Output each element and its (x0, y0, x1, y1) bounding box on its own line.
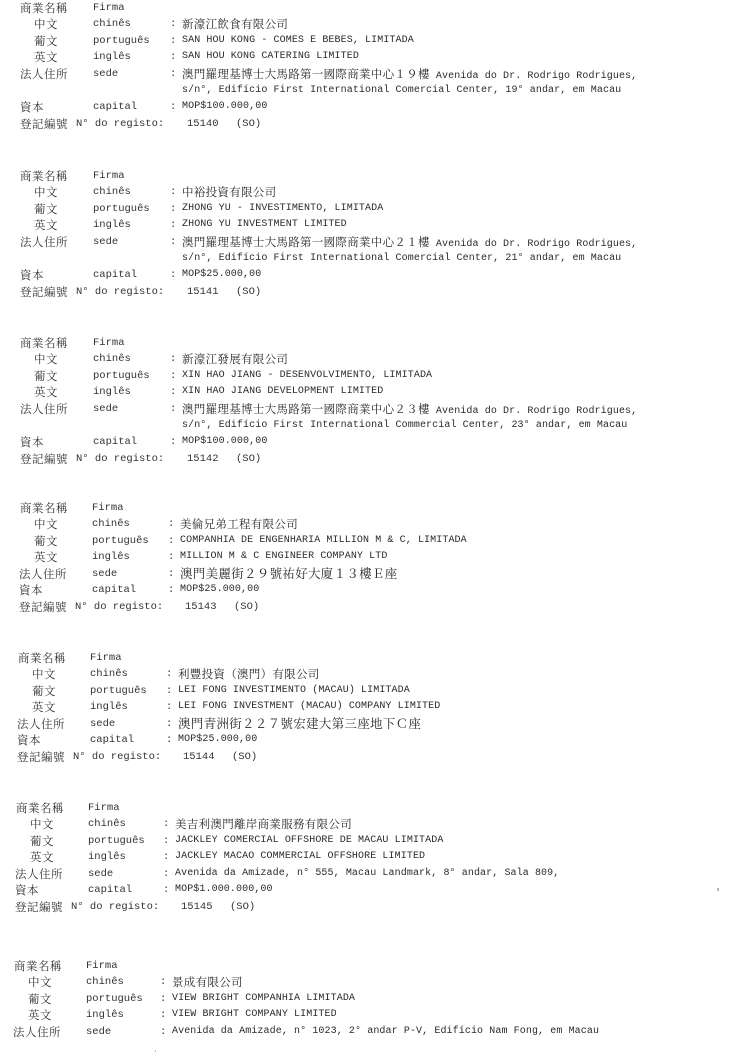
portuguese-name: SAN HOU KONG - COMES E BEBES, LIMITADA (182, 33, 414, 49)
colon: : (170, 351, 176, 367)
registry-number: 15141 (187, 284, 219, 300)
registry-label-zh: 登記編號 (20, 284, 68, 300)
firm-label-zh: 商業名稱 (14, 958, 62, 974)
english-label-zh: 英文 (34, 217, 58, 233)
chinese-label-zh: 中文 (34, 184, 58, 200)
firm-label-pt: Firma (88, 800, 120, 816)
chinese-label-zh: 中文 (30, 816, 54, 832)
chinese-name: 景成有限公司 (172, 974, 243, 990)
registry-label-zh: 登記編號 (17, 749, 65, 765)
colon: : (170, 66, 176, 82)
chinese-label-pt: chinês (86, 974, 124, 990)
capital-label-pt: capital (92, 582, 136, 598)
chinese-label-pt: chinês (90, 666, 128, 682)
seat-address-zh: 澳門羅理基博士大馬路第一國際商業中心２１樓 (182, 235, 430, 249)
portuguese-name: COMPANHIA DE ENGENHARIA MILLION M & C, L… (180, 533, 467, 549)
seat-address-line1: Avenida da Amizade, n° 555, Macau Landma… (175, 866, 559, 882)
seat-address-zh: 澳門羅理基博士大馬路第一國際商業中心１９樓 (182, 67, 430, 81)
seat-address-zh: 澳門青洲街２２７號宏建大第三座地下Ｃ座 (178, 716, 421, 732)
portuguese-name: ZHONG YU - INVESTIMENTO, LIMITADA (182, 201, 383, 217)
colon: : (170, 384, 176, 400)
seat-label-zh: 法人住所 (15, 866, 63, 882)
seat-address-line1: Avenida da Amizade, n° 1023, 2° andar P-… (172, 1024, 599, 1040)
registry-suffix: (SO) (234, 599, 259, 615)
scan-speck (155, 1050, 156, 1052)
capital-label-zh: 資本 (20, 267, 44, 283)
colon: : (163, 833, 169, 849)
portuguese-label-pt: português (88, 833, 145, 849)
chinese-label-pt: chinês (92, 516, 130, 532)
capital-value: MOP$1.000.000,00 (175, 882, 273, 898)
english-label-pt: inglês (88, 849, 126, 865)
capital-label-pt: capital (93, 434, 137, 450)
firm-label-zh: 商業名稱 (20, 0, 68, 16)
registry-suffix: (SO) (232, 749, 257, 765)
firm-label-zh: 商業名稱 (16, 800, 64, 816)
registry-label-pt: N° do registo: (76, 116, 164, 132)
capital-value: MOP$100.000,00 (182, 99, 267, 115)
colon: : (166, 732, 172, 748)
colon: : (160, 991, 166, 1007)
chinese-label-pt: chinês (93, 351, 131, 367)
scan-speck (717, 888, 719, 891)
seat-label-zh: 法人住所 (19, 566, 67, 582)
colon: : (170, 234, 176, 250)
colon: : (170, 267, 176, 283)
portuguese-name: XIN HAO JIANG - DESENVOLVIMENTO, LIMITAD… (182, 368, 432, 384)
portuguese-label-pt: português (86, 991, 143, 1007)
seat-label-zh: 法人住所 (20, 234, 68, 250)
english-label-zh: 英文 (32, 699, 56, 715)
capital-value: MOP$25.000,00 (180, 582, 259, 598)
seat-address-line2: s/n°, Edifício First International Comme… (182, 418, 627, 434)
registry-label-pt: N° do registo: (75, 599, 163, 615)
seat-address-zh: 澳門美麗街２９號祐好大廈１３樓Ｅ座 (180, 566, 398, 582)
firm-label-pt: Firma (93, 168, 125, 184)
seat-label-pt: sede (93, 234, 118, 250)
portuguese-label-pt: português (90, 683, 147, 699)
chinese-label-pt: chinês (93, 184, 131, 200)
colon: : (170, 33, 176, 49)
registry-number: 15140 (187, 116, 219, 132)
english-label-zh: 英文 (30, 849, 54, 865)
english-label-pt: inglês (92, 549, 130, 565)
english-label-pt: inglês (93, 49, 131, 65)
portuguese-label-zh: 葡文 (34, 368, 58, 384)
registry-label-zh: 登記編號 (20, 116, 68, 132)
english-label-zh: 英文 (28, 1007, 52, 1023)
firm-label-pt: Firma (93, 335, 125, 351)
seat-address-line1: Avenida do Dr. Rodrigo Rodrigues, (436, 406, 637, 417)
chinese-label-zh: 中文 (34, 516, 58, 532)
registry-number: 15143 (185, 599, 217, 615)
seat-label-pt: sede (86, 1024, 111, 1040)
seat-label-zh: 法人住所 (13, 1024, 61, 1040)
seat-address-line1: Avenida do Dr. Rodrigo Rodrigues, (436, 239, 637, 250)
capital-label-zh: 資本 (19, 582, 43, 598)
capital-value: MOP$25.000,00 (182, 267, 261, 283)
colon: : (166, 699, 172, 715)
capital-label-pt: capital (88, 882, 132, 898)
colon: : (170, 434, 176, 450)
capital-label-zh: 資本 (15, 882, 39, 898)
seat-label-zh: 法人住所 (17, 716, 65, 732)
colon: : (160, 1007, 166, 1023)
firm-label-zh: 商業名稱 (20, 335, 68, 351)
registry-label-pt: N° do registo: (76, 284, 164, 300)
colon: : (160, 1024, 166, 1040)
chinese-label-pt: chinês (93, 16, 131, 32)
portuguese-label-zh: 葡文 (30, 833, 54, 849)
chinese-label-zh: 中文 (32, 666, 56, 682)
registry-suffix: (SO) (236, 284, 261, 300)
english-name: MILLION M & C ENGINEER COMPANY LTD (180, 549, 387, 565)
capital-value: MOP$100.000,00 (182, 434, 267, 450)
portuguese-label-pt: português (92, 533, 149, 549)
portuguese-label-pt: português (93, 33, 150, 49)
colon: : (170, 368, 176, 384)
capital-label-pt: capital (93, 267, 137, 283)
seat-label-pt: sede (88, 866, 113, 882)
portuguese-label-zh: 葡文 (28, 991, 52, 1007)
colon: : (163, 816, 169, 832)
english-label-zh: 英文 (34, 384, 58, 400)
colon: : (170, 401, 176, 417)
english-name: LEI FONG INVESTMENT (MACAU) COMPANY LIMI… (178, 699, 440, 715)
portuguese-label-zh: 葡文 (34, 533, 58, 549)
registry-number: 15144 (183, 749, 215, 765)
colon: : (170, 99, 176, 115)
capital-label-zh: 資本 (20, 99, 44, 115)
registry-suffix: (SO) (230, 899, 255, 915)
portuguese-label-pt: português (93, 201, 150, 217)
portuguese-name: JACKLEY COMERCIAL OFFSHORE DE MACAU LIMI… (175, 833, 443, 849)
english-label-pt: inglês (90, 699, 128, 715)
colon: : (166, 683, 172, 699)
chinese-label-zh: 中文 (34, 16, 58, 32)
firm-label-zh: 商業名稱 (20, 500, 68, 516)
colon: : (168, 516, 174, 532)
colon: : (163, 866, 169, 882)
chinese-name: 美吉利澳門離岸商業服務有限公司 (175, 816, 352, 832)
colon: : (163, 849, 169, 865)
registry-suffix: (SO) (236, 116, 261, 132)
english-name: VIEW BRIGHT COMPANY LIMITED (172, 1007, 337, 1023)
chinese-label-zh: 中文 (34, 351, 58, 367)
registry-label-zh: 登記編號 (15, 899, 63, 915)
seat-address-line1: Avenida do Dr. Rodrigo Rodrigues, (436, 71, 637, 82)
portuguese-label-zh: 葡文 (34, 201, 58, 217)
registry-label-zh: 登記編號 (20, 451, 68, 467)
seat-label-pt: sede (92, 566, 117, 582)
capital-label-zh: 資本 (20, 434, 44, 450)
colon: : (168, 582, 174, 598)
seat-address-zh: 澳門羅理基博士大馬路第一國際商業中心２３樓 (182, 402, 430, 416)
chinese-name: 新濠江發展有限公司 (182, 351, 288, 367)
english-label-pt: inglês (93, 217, 131, 233)
registry-label-pt: N° do registo: (73, 749, 161, 765)
colon: : (170, 184, 176, 200)
english-name: JACKLEY MACAO COMMERCIAL OFFSHORE LIMITE… (175, 849, 425, 865)
registry-number: 15142 (187, 451, 219, 467)
chinese-name: 新濠江飲食有限公司 (182, 16, 288, 32)
colon: : (168, 549, 174, 565)
portuguese-label-zh: 葡文 (32, 683, 56, 699)
seat-label-pt: sede (93, 401, 118, 417)
registry-label-pt: N° do registo: (76, 451, 164, 467)
firm-label-zh: 商業名稱 (18, 650, 66, 666)
firm-label-pt: Firma (93, 0, 125, 16)
colon: : (168, 533, 174, 549)
firm-label-pt: Firma (92, 500, 124, 516)
english-name: XIN HAO JIANG DEVELOPMENT LIMITED (182, 384, 383, 400)
capital-label-pt: capital (90, 732, 134, 748)
portuguese-label-zh: 葡文 (34, 33, 58, 49)
chinese-label-pt: chinês (88, 816, 126, 832)
colon: : (168, 566, 174, 582)
registry-label-zh: 登記編號 (19, 599, 67, 615)
registry-suffix: (SO) (236, 451, 261, 467)
colon: : (170, 217, 176, 233)
firm-label-pt: Firma (86, 958, 118, 974)
chinese-label-zh: 中文 (28, 974, 52, 990)
capital-value: MOP$25.000,00 (178, 732, 257, 748)
colon: : (166, 716, 172, 732)
registry-label-pt: N° do registo: (71, 899, 159, 915)
english-name: ZHONG YU INVESTMENT LIMITED (182, 217, 347, 233)
english-label-pt: inglês (86, 1007, 124, 1023)
seat-address-line2: s/n°, Edifício First International Comer… (182, 251, 621, 267)
english-label-zh: 英文 (34, 549, 58, 565)
colon: : (170, 201, 176, 217)
registry-number: 15145 (181, 899, 213, 915)
seat-label-zh: 法人住所 (20, 66, 68, 82)
seat-label-pt: sede (90, 716, 115, 732)
colon: : (163, 882, 169, 898)
chinese-name: 利豐投資（澳門）有限公司 (178, 666, 320, 682)
seat-label-pt: sede (93, 66, 118, 82)
portuguese-name: VIEW BRIGHT COMPANHIA LIMITADA (172, 991, 355, 1007)
chinese-name: 美倫兄弟工程有限公司 (180, 516, 298, 532)
seat-address-line2: s/n°, Edifício First International Comer… (182, 83, 621, 99)
colon: : (170, 16, 176, 32)
portuguese-name: LEI FONG INVESTIMENTO (MACAU) LIMITADA (178, 683, 410, 699)
chinese-name: 中裕投資有限公司 (182, 184, 276, 200)
capital-label-zh: 資本 (17, 732, 41, 748)
capital-label-pt: capital (93, 99, 137, 115)
firm-label-pt: Firma (90, 650, 122, 666)
english-label-pt: inglês (93, 384, 131, 400)
seat-label-zh: 法人住所 (20, 401, 68, 417)
colon: : (166, 666, 172, 682)
english-label-zh: 英文 (34, 49, 58, 65)
firm-label-zh: 商業名稱 (20, 168, 68, 184)
colon: : (160, 974, 166, 990)
english-name: SAN HOU KONG CATERING LIMITED (182, 49, 359, 65)
portuguese-label-pt: português (93, 368, 150, 384)
colon: : (170, 49, 176, 65)
